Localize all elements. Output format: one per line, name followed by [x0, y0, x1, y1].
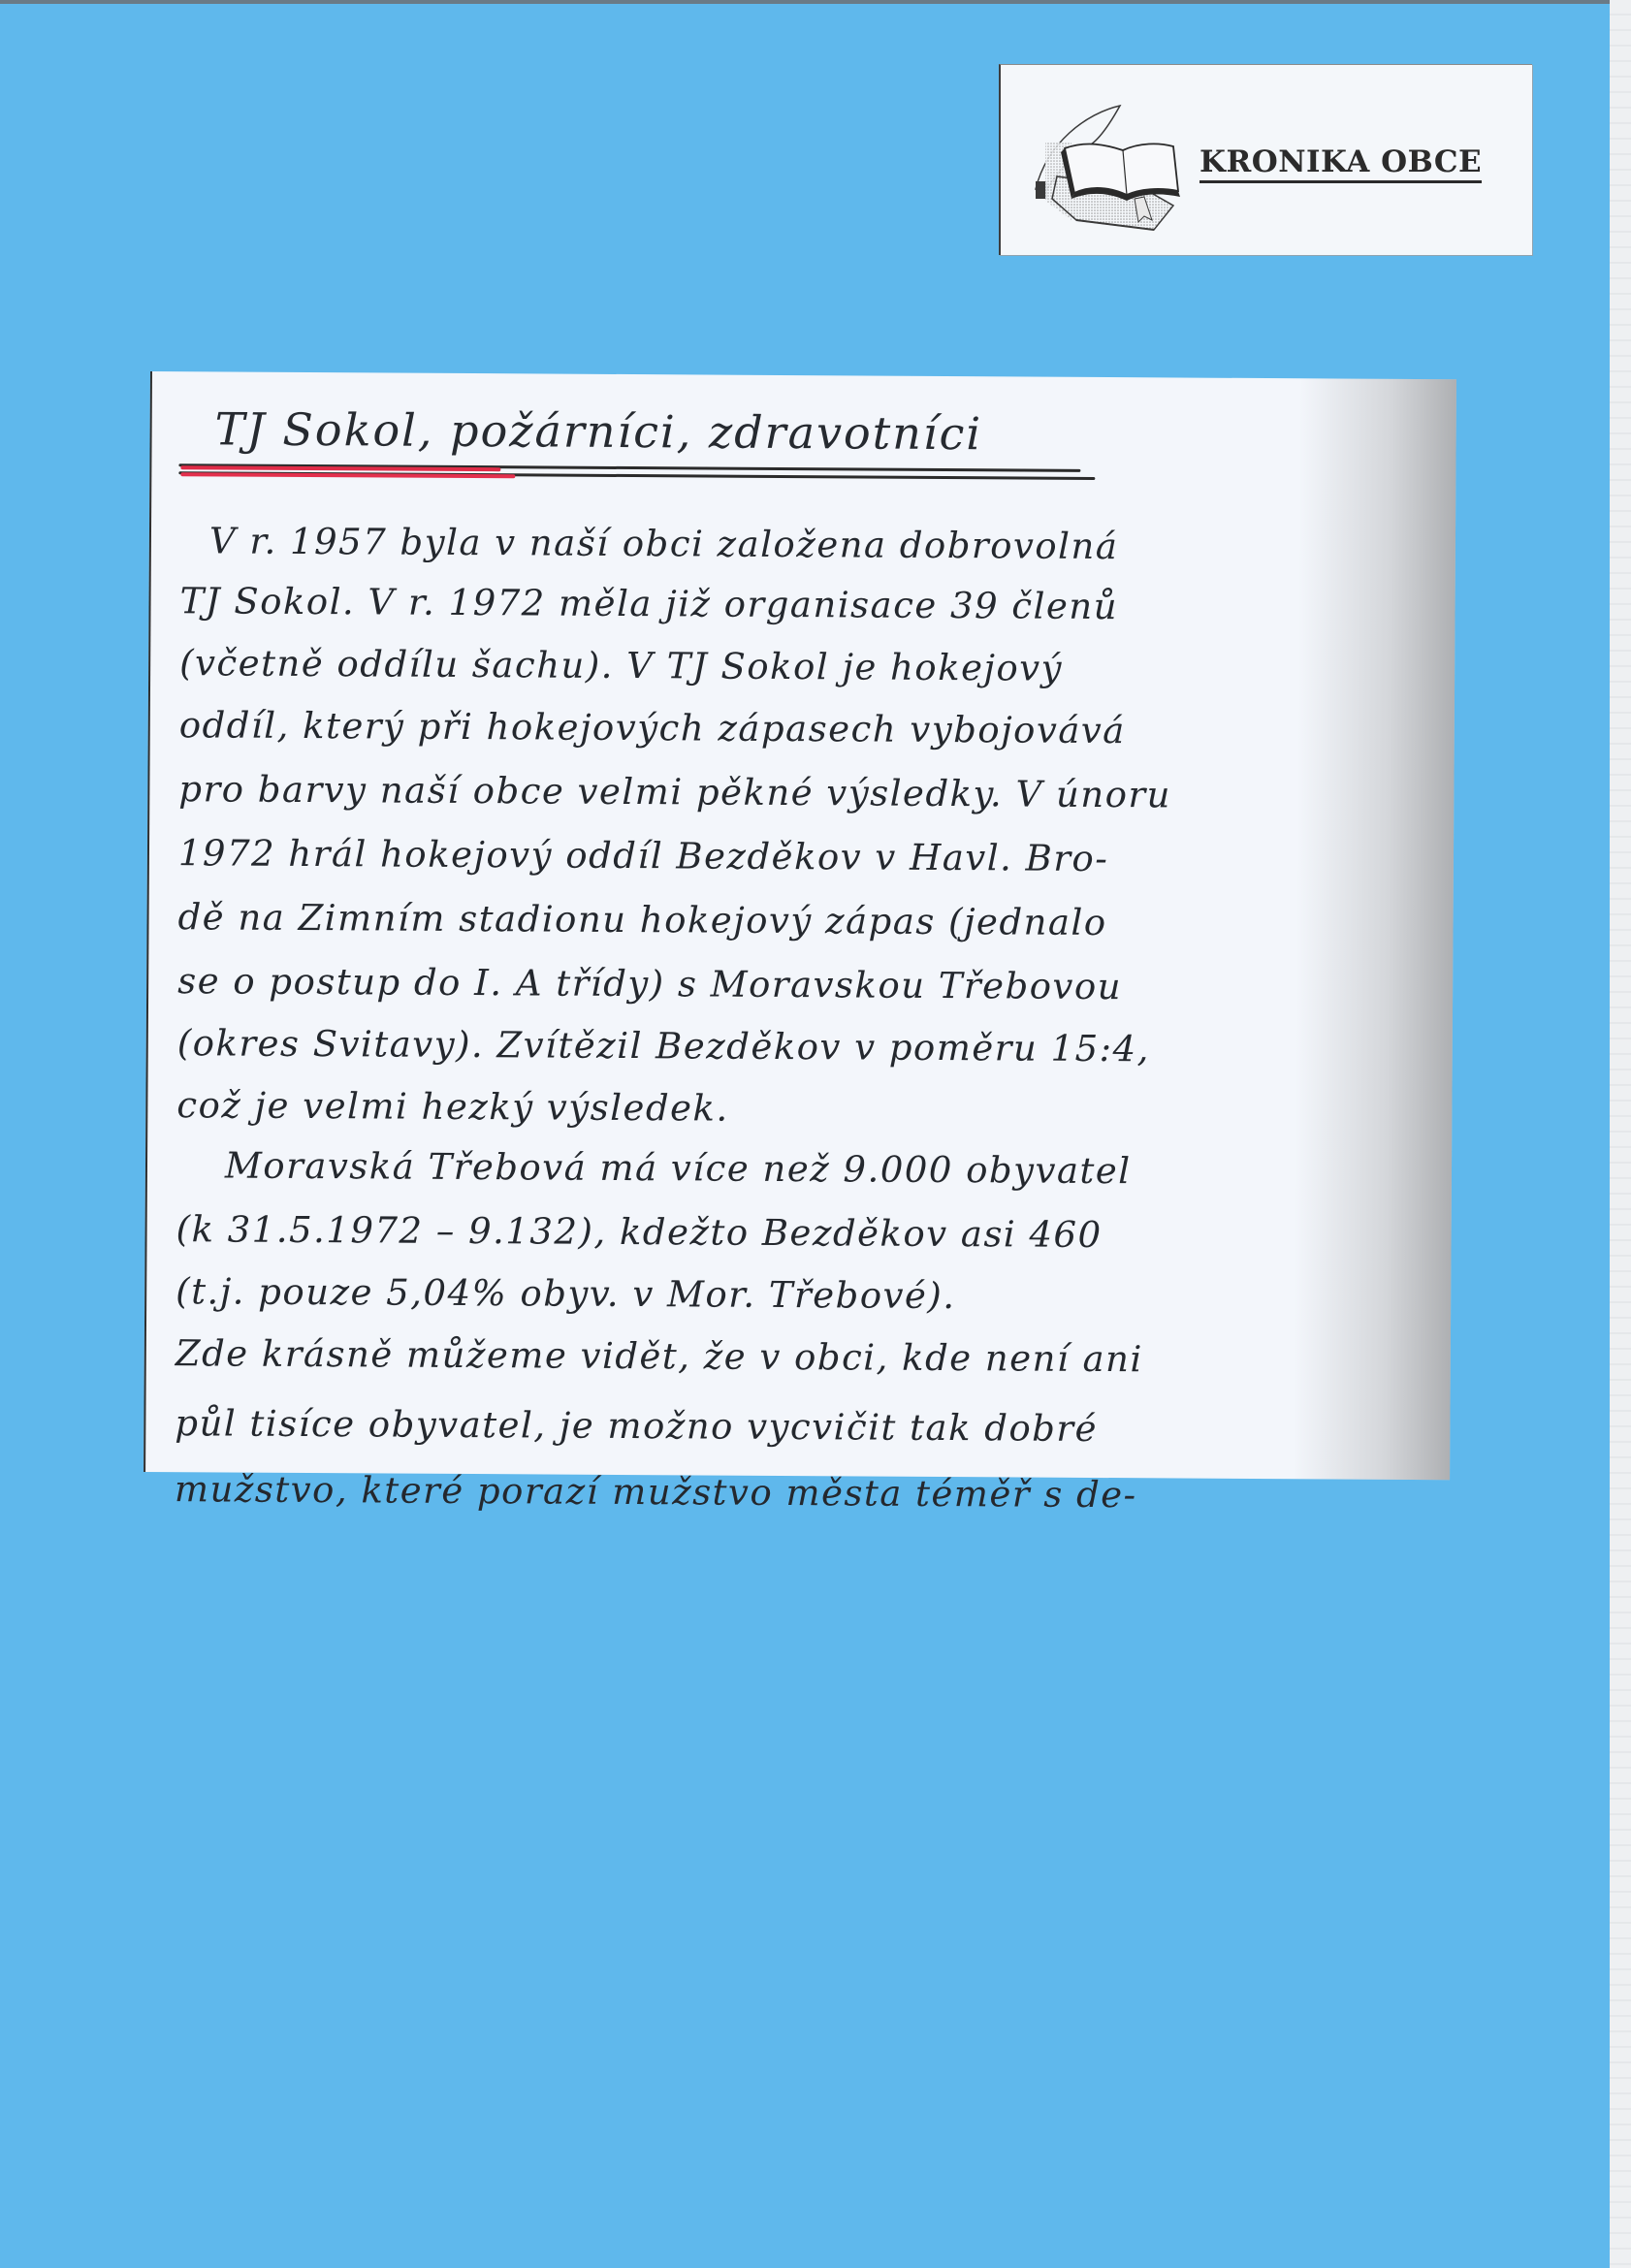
handwritten-body: V r. 1957 byla v naší obci založena dobr… [180, 517, 1431, 525]
open-book-with-quill-icon [1018, 84, 1183, 240]
text-line: což je velmi hezký výsledek. [176, 1081, 729, 1133]
binder-edge-strip [1610, 0, 1631, 2268]
text-line: Moravská Třebová má více než 9.000 obyva… [225, 1141, 1132, 1196]
heading-red-underline-second [180, 472, 515, 478]
text-line: (k 31.5.1972 – 9.132), kdežto Bezděkov a… [176, 1205, 1102, 1260]
text-line: (včetně oddílu šachu). V TJ Sokol je hok… [179, 639, 1063, 693]
text-line: pro barvy naší obce velmi pěkné výsledky… [178, 765, 1171, 819]
chronicle-logo-label: KRONIKA OBCE [999, 64, 1532, 255]
text-line: (t.j. pouze 5,04% obyv. v Mor. Třebové). [176, 1267, 956, 1321]
text-line: oddíl, který při hokejových zápasech vyb… [179, 701, 1126, 755]
chronicle-title: KRONIKA OBCE [1199, 144, 1482, 183]
scan-top-edge [0, 0, 1631, 4]
text-line: 1972 hrál hokejový oddíl Bezděkov v Havl… [178, 829, 1109, 883]
text-line: TJ Sokol. V r. 1972 měla již organisace … [179, 577, 1118, 631]
text-line: půl tisíce obyvatel, je možno vycvičit t… [175, 1399, 1098, 1453]
text-line: (okres Svitavy). Zvítězil Bezděkov v pom… [177, 1019, 1150, 1073]
sheet-heading: TJ Sokol, požárníci, zdravotníci [214, 402, 982, 460]
text-line: dě na Zimním stadionu hokejový zápas (je… [177, 893, 1106, 947]
text-line: mužstvo, které porazí mužstvo města témě… [175, 1465, 1137, 1519]
handwritten-chronicle-sheet: TJ Sokol, požárníci, zdravotníci V r. 19… [144, 371, 1456, 1480]
text-line: Zde krásně můžeme vidět, že v obci, kde … [176, 1329, 1143, 1384]
heading-red-underline [180, 465, 500, 471]
text-line: se o postup do I. A třídy) s Moravskou T… [177, 957, 1122, 1011]
text-line: V r. 1957 byla v naší obci založena dobr… [209, 517, 1119, 571]
